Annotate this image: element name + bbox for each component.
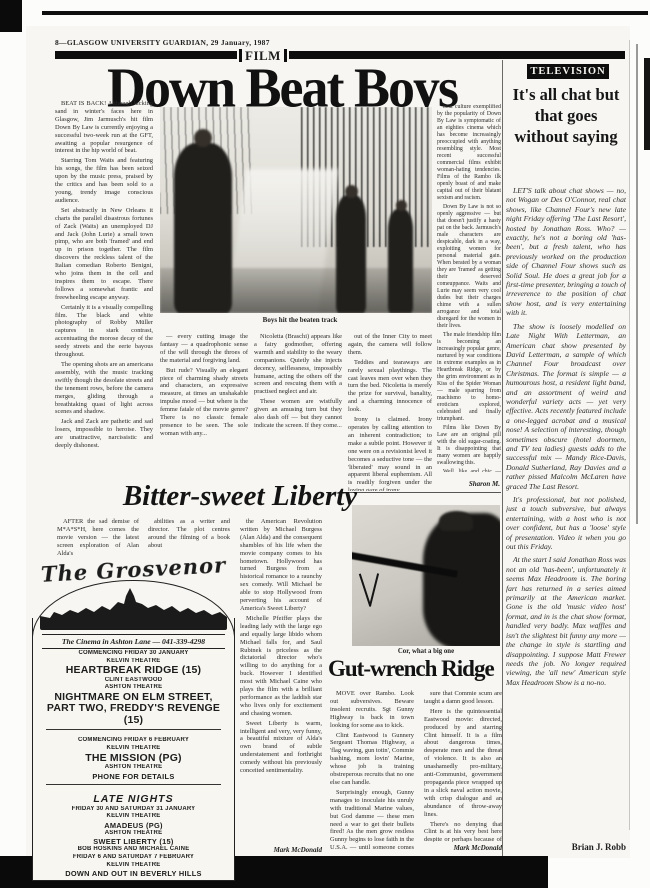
ad-line [46,729,221,735]
ad-line: KELVIN THEATRE [40,813,227,821]
heartbreak-ridge-photo-caption: Cor, what a big one [360,648,492,656]
section-bar-left [55,51,237,59]
ad-listings: COMMENCING FRIDAY 30 JANUARYKELVIN THEAT… [40,650,227,878]
paragraph: The male friendship film is becoming an … [437,332,501,423]
heartbreak-ridge-photo [352,505,500,646]
photo-figure-head [194,129,212,147]
paragraph: It's professional, but not polished, jus… [506,495,626,551]
ad-line: FRIDAY 30 AND SATURDAY 31 JANUARY [40,806,227,814]
ad-line: COMMENCING FRIDAY 30 JANUARY [40,650,227,658]
photo-figure-3 [388,209,413,313]
ad-line: CLINT EASTWOOD [40,677,227,685]
ad-line: ASHTON THEATRE [40,830,227,838]
glasgow-skyline-illustration [40,586,227,630]
ad-line [46,784,221,790]
photo-figure-2 [336,195,366,313]
paragraph: AFTER the sad demise of M*A*S*H, here co… [57,518,139,556]
gut-wrench-ridge-column-1: MOVE over Rambo. Look out subversives. B… [330,690,414,852]
down-beat-boys-column-5: beat culture exemplified by the populari… [437,104,501,472]
photo-soldier [423,513,500,646]
television-column-separator [502,60,503,856]
paragraph: Nicoletta (Braschi) appears like a fairy… [254,333,342,396]
grosvenor-cinema-ad: The Grosvenor The Cinema in Ashton Lane … [32,558,235,882]
down-beat-boys-byline: Sharon M. [420,480,500,488]
bitter-sweet-liberty-column-3: the American Revolution written by Micha… [240,518,322,848]
paragraph: Starring Tom Waits and featuring his son… [55,157,153,204]
paragraph: Set abstractly in New Orleans it charts … [55,207,153,302]
paragraph: Well, like and chic — it's nasty laws in… [437,469,501,472]
photo-figure-head [345,185,358,198]
bitter-sweet-liberty-column-2: abilities as a writer and director. The … [148,518,230,556]
bitter-sweet-liberty-column-1: AFTER the sad demise of M*A*S*H, here co… [57,518,139,556]
paragraph: — every cutting image the fantasy — a qu… [160,333,248,365]
paragraph: The show is loosely modelled on Late Nig… [506,322,626,491]
paragraph: There's no denying that Clint is at his … [424,821,502,843]
paragraph: the American Revolution written by Micha… [240,518,322,613]
photo-helmet [439,511,473,531]
ad-line: ASHTON THEATRE [40,764,227,772]
paragraph: MOVE over Rambo. Look out subversives. B… [330,690,414,730]
ad-line: COMMENCING FRIDAY 6 FEBRUARY [40,737,227,745]
paragraph: LET'S talk about chat shows — no, not Wo… [506,186,626,318]
gut-wrench-ridge-column-2: sure that Commie scum are taught a damn … [424,690,502,842]
newspaper-page-scan: 8—GLASGOW UNIVERSITY GUARDIAN, 29 Januar… [0,0,650,888]
ad-line: DOWN AND OUT IN BEVERLY HILLS [40,869,227,878]
paragraph: abilities as a writer and director. The … [148,518,230,550]
paragraph: Surprisingly enough, Gunny manages to in… [330,789,414,852]
paragraph: Down By Law is not so openly aggressive … [437,204,501,330]
gut-wrench-ridge-byline: Mark McDonald [424,844,502,852]
ad-line: THE MISSION (PG) [40,753,227,765]
photo-bipod-leg [369,573,379,606]
paragraph: sure that Commie scum are taught a damn … [424,690,502,706]
photo-figure-head [396,200,407,211]
paragraph: Clint Eastwood is Gunnery Sergeant Thoma… [330,732,414,787]
television-section-badge: TELEVISION [527,64,609,79]
down-beat-boys-column-3: Nicoletta (Braschi) appears like a fairy… [254,333,342,479]
paragraph: Here is the quintessential Eastwood movi… [424,708,502,819]
paragraph: The opening shots are an americana assem… [55,361,153,416]
scan-edge-streak-artifact [636,44,638,524]
gut-wrench-ridge-headline: Gut-wrench Ridge [328,656,504,682]
ad-address-phone: The Cinema in Ashton Lane — 041-339-4298 [42,634,225,649]
down-beat-boys-column-1: BEAT IS BACK! Although kicking sand in w… [55,100,153,480]
down-by-law-photo [160,107,432,313]
ad-line: SWEET LIBERTY (15) [40,837,227,846]
scan-corner-artifact [0,0,22,32]
television-byline: Brian J. Robb [520,842,626,852]
ad-line: LATE NIGHTS [40,792,227,806]
ad-line: HEARTBREAK RIDGE (15) [40,665,227,677]
masthead: 8—GLASGOW UNIVERSITY GUARDIAN, 29 Januar… [55,38,455,47]
paragraph: Sweet Liberty is warm, intelligent and v… [240,720,322,775]
paragraph: beat culture exemplified by the populari… [437,104,501,202]
ad-line: AMADEUS (PG) [40,821,227,830]
ad-line: FRIDAY 6 AND SATURDAY 7 FEBRUARY [40,854,227,862]
paragraph: Films like Down By Law are an original p… [437,425,501,467]
paragraph: Michelle Pfeiffer plays the leading lady… [240,615,322,718]
paragraph: Certainly it is a visually compelling fi… [55,304,153,359]
ad-line: PHONE FOR DETAILS [40,772,227,781]
paragraph: BEAT IS BACK! Although kicking sand in w… [55,100,153,155]
ad-line: BOB HOSKINS AND MICHAEL CAINE [40,846,227,854]
down-by-law-photo-caption: Boys hit the beaten track [200,316,400,325]
down-beat-boys-column-4: out of the Inner City to meet again, the… [348,333,432,491]
down-beat-boys-column-2: — every cutting image the fantasy — a qu… [160,333,248,479]
television-headline: It's all chat but that goes without sayi… [506,84,626,147]
scan-edge-line-artifact [629,40,630,830]
paragraph: At the start I said Jonathan Ross was no… [506,555,626,687]
photo-figure-1 [174,143,232,313]
section-bar-right [289,51,625,59]
bitter-sweet-liberty-byline: Mark McDonald [240,846,322,854]
paragraph: But rude? Visually an elegant piece of c… [160,367,248,438]
paragraph: out of the Inner City to meet again, the… [348,333,432,357]
ad-line: NIGHTMARE ON ELM STREET, PART TWO, FREDD… [40,692,227,727]
scan-edge-bar-artifact [644,58,650,150]
paragraph: Jack and Zack are pathetic and sad loser… [55,418,153,450]
scan-top-rule-artifact [42,11,648,15]
paragraph: Teddies and tearaways are rarely sexual … [348,359,432,414]
ad-line: KELVIN THEATRE [40,862,227,870]
television-body: LET'S talk about chat shows — no, not Wo… [506,186,626,836]
paragraph: These women are wistfully given an amusi… [254,398,342,430]
